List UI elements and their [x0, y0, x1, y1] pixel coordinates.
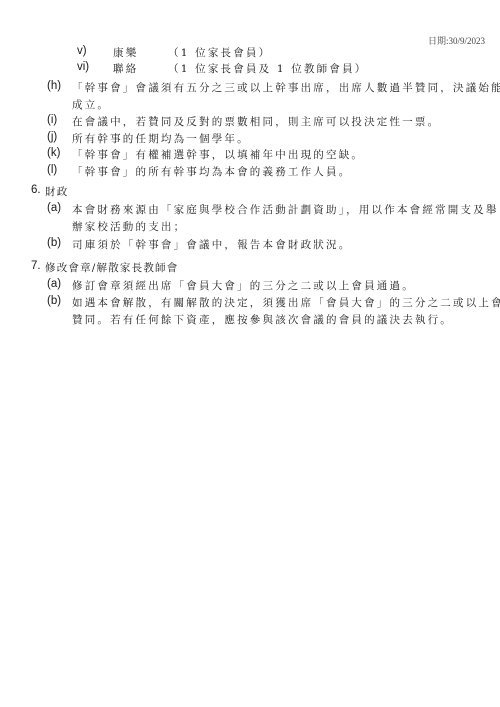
subitem-role: 康樂: [113, 45, 138, 60]
clause-text: 「幹事會」的所有幹事均為本會的義務工作人員。: [72, 164, 351, 179]
clause-marker: (a): [47, 202, 61, 214]
clause-text: 「幹事會」有權補選幹事，以填補年中出現的空缺。: [72, 147, 364, 162]
clause-text-cont: 辦家校活動的支出；: [72, 219, 186, 234]
subitem-marker: v): [77, 45, 87, 57]
subitem-role: 聯絡: [113, 61, 138, 76]
clause-text: 所有幹事的任期均為一個學年。: [72, 131, 250, 146]
clause-text: 「幹事會」會議須有五分之三或以上幹事出席，出席人數過半贊同，決議始能: [72, 80, 500, 95]
section-title: 修改會章/解散家長教師會: [45, 260, 178, 275]
subitem-note: （1 位家長會員）: [168, 45, 271, 60]
clause-marker: (a): [47, 278, 61, 290]
clause-text-cont: 成立。: [72, 97, 110, 112]
clause-text: 本會財務來源由「家庭與學校合作活動計劃資助」，用以作本會經常開支及舉: [72, 202, 499, 217]
clause-text: 修訂會章須經出席「會員大會」的三分之二或以上會員通過。: [72, 278, 415, 293]
clause-marker: (j): [47, 131, 57, 143]
clause-marker: (i): [47, 114, 57, 126]
subitem-note: （1 位家長會員及 1 位教師會員）: [168, 61, 367, 76]
section-number: 7.: [31, 260, 41, 272]
subitem-marker: vi): [77, 61, 89, 73]
clause-marker: (h): [47, 80, 61, 92]
document-date: 日期:30/9/2023: [428, 34, 485, 47]
clause-marker: (b): [47, 295, 61, 307]
clause-marker: (k): [47, 147, 60, 159]
section-number: 6.: [31, 184, 41, 196]
clause-text: 在會議中，若贊同及反對的票數相同，則主席可以投決定性一票。: [72, 114, 440, 129]
clause-text-cont: 贊同。若有任何餘下資產，應按參與該次會議的會員的議決去執行。: [72, 312, 453, 327]
clause-marker: (l): [47, 164, 57, 176]
clause-text: 司庫須於「幹事會」會議中，報告本會財政狀況。: [72, 237, 351, 252]
clause-marker: (b): [47, 237, 61, 249]
clause-text: 如遇本會解散，有關解散的決定，須獲出席「會員大會」的三分之二或以上會員: [72, 295, 500, 310]
section-title: 財政: [45, 184, 68, 199]
